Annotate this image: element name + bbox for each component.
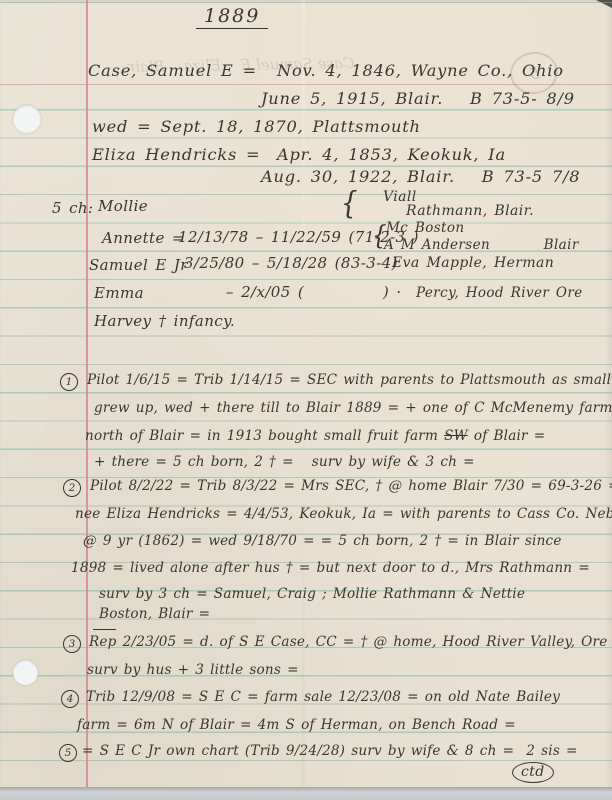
note1-line2: grew up, wed + there till to Blair 1889 … (94, 400, 612, 417)
note1-line1: Pilot 1/6/15 = Trib 1/14/15 = SEC with p… (87, 372, 612, 389)
child3-name: Samuel E Jr (89, 256, 188, 275)
note2-number: 2 (63, 479, 81, 497)
head-birth: Nov. 4, 1846, Wayne Co., Ohio (277, 61, 564, 81)
child1-name: Mollie (98, 197, 148, 216)
head-death: June 5, 1915, Blair. B 73-5- 8/9 (261, 89, 575, 109)
note1-line3-struck-word: SW (444, 428, 468, 444)
child4-dates: – 2/x/05 ( ) · (226, 283, 402, 302)
wedding-line: wed = Sept. 18, 1870, Plattsmouth (92, 117, 421, 137)
child4-residence: Percy, Hood River Ore (416, 285, 583, 302)
note3-number: 3 (63, 635, 81, 653)
note1-number: 1 (60, 373, 78, 391)
head-name: Case, Samuel E = (88, 61, 257, 81)
child2-spouse2: A M Andersen Blair (384, 237, 579, 254)
child5-name: Harvey † infancy. (94, 312, 235, 331)
note4-line1: Trib 12/9/08 = S E C = farm sale 12/23/0… (86, 689, 560, 706)
page-title: 1889 (196, 5, 268, 29)
note2-line2: nee Eliza Hendricks = 4/4/53, Keokuk, Ia… (75, 506, 612, 523)
continued-marker-wrap: ctd (512, 762, 554, 782)
children-brace: { (341, 185, 358, 224)
note3-line1: Rep 2/23/05 = d. of S E Case, CC = † @ h… (89, 634, 612, 651)
punch-hole-bottom (13, 660, 38, 685)
child3-dates: 3/25/80 – 5/18/28 (83-3-4) (184, 254, 398, 273)
note2-line4: 1898 = lived alone after hus † = but nex… (71, 560, 590, 577)
scanner-bottom-edge (0, 787, 612, 800)
note2-line3: @ 9 yr (1862) = wed 9/18/70 = = 5 ch bor… (83, 533, 562, 550)
wife-name: Eliza Hendricks = (92, 145, 260, 165)
note2-line1: Pilot 8/2/22 = Trib 8/3/22 = Mrs SEC, † … (90, 478, 612, 495)
note4-line2: farm = 6m N of Blair = 4m S of Herman, o… (77, 717, 516, 734)
child2-spouse1: Mc Boston (386, 220, 465, 237)
top-ruled-line (0, 2, 612, 3)
note1-line3-post: of Blair = (468, 428, 546, 444)
child4-name: Emma (94, 284, 144, 303)
child2-name: Annette = (102, 229, 185, 248)
note2-line5: surv by 3 ch = Samuel, Craig ; Mollie Ra… (99, 586, 525, 603)
scanned-notebook-page: Case Samuel E Eliza Blair 5 1889 Case, S… (0, 0, 612, 800)
wife-death: Aug. 30, 1922, Blair. B 73-5 7/8 (261, 167, 580, 187)
note3-line2: surv by hus + 3 little sons = (87, 662, 299, 679)
year-title-wrap: 1889 (196, 5, 268, 29)
note4-number: 4 (61, 690, 79, 708)
child3-spouse: Eva Mapple, Herman (392, 255, 554, 273)
stray-underline-mark (93, 629, 116, 630)
note1-line4: + there = 5 ch born, 2 † = surv by wife … (94, 454, 475, 471)
note1-line3: north of Blair = in 1913 bought small fr… (85, 428, 545, 445)
note2-line6: Boston, Blair = (99, 606, 210, 623)
child1-spouse2: Rathmann, Blair. (406, 203, 534, 221)
punch-hole-top (13, 105, 41, 133)
children-count-label: 5 ch: (52, 199, 93, 218)
note1-line3-pre: north of Blair = in 1913 bought small fr… (85, 428, 444, 444)
wife-birth: Apr. 4, 1853, Keokuk, Ia (277, 145, 506, 165)
note5-line1: = S E C Jr own chart (Trib 9/24/28) surv… (82, 743, 578, 760)
note5-number: 5 (59, 744, 77, 762)
continued-marker: ctd (512, 762, 554, 783)
